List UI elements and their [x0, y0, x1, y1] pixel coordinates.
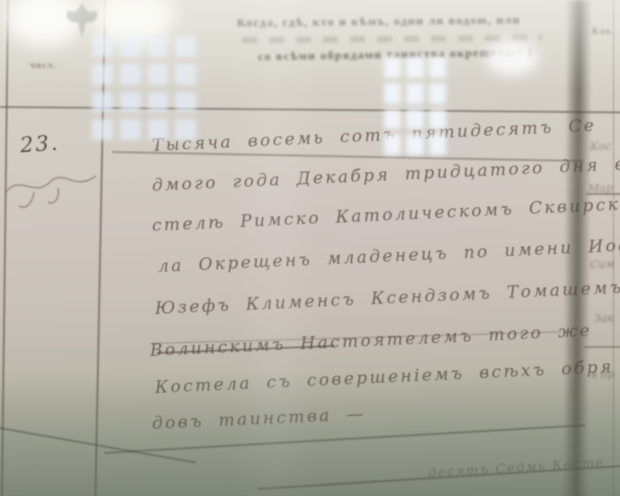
- right-margin-fragment: Мар: [588, 182, 613, 196]
- right-margin-fragment: Кос: [590, 140, 612, 154]
- right-margin-fragment: Зак: [594, 312, 614, 326]
- right-margin-fragment: Сим: [590, 258, 615, 272]
- entry-number: 23.: [19, 131, 60, 158]
- document-photo: Когда, гдѣ, кто и кѣмъ, одни ли водою, и…: [0, 0, 620, 496]
- bottom-green-cast: [0, 370, 620, 496]
- illegible-annotation-scribble: [0, 162, 120, 212]
